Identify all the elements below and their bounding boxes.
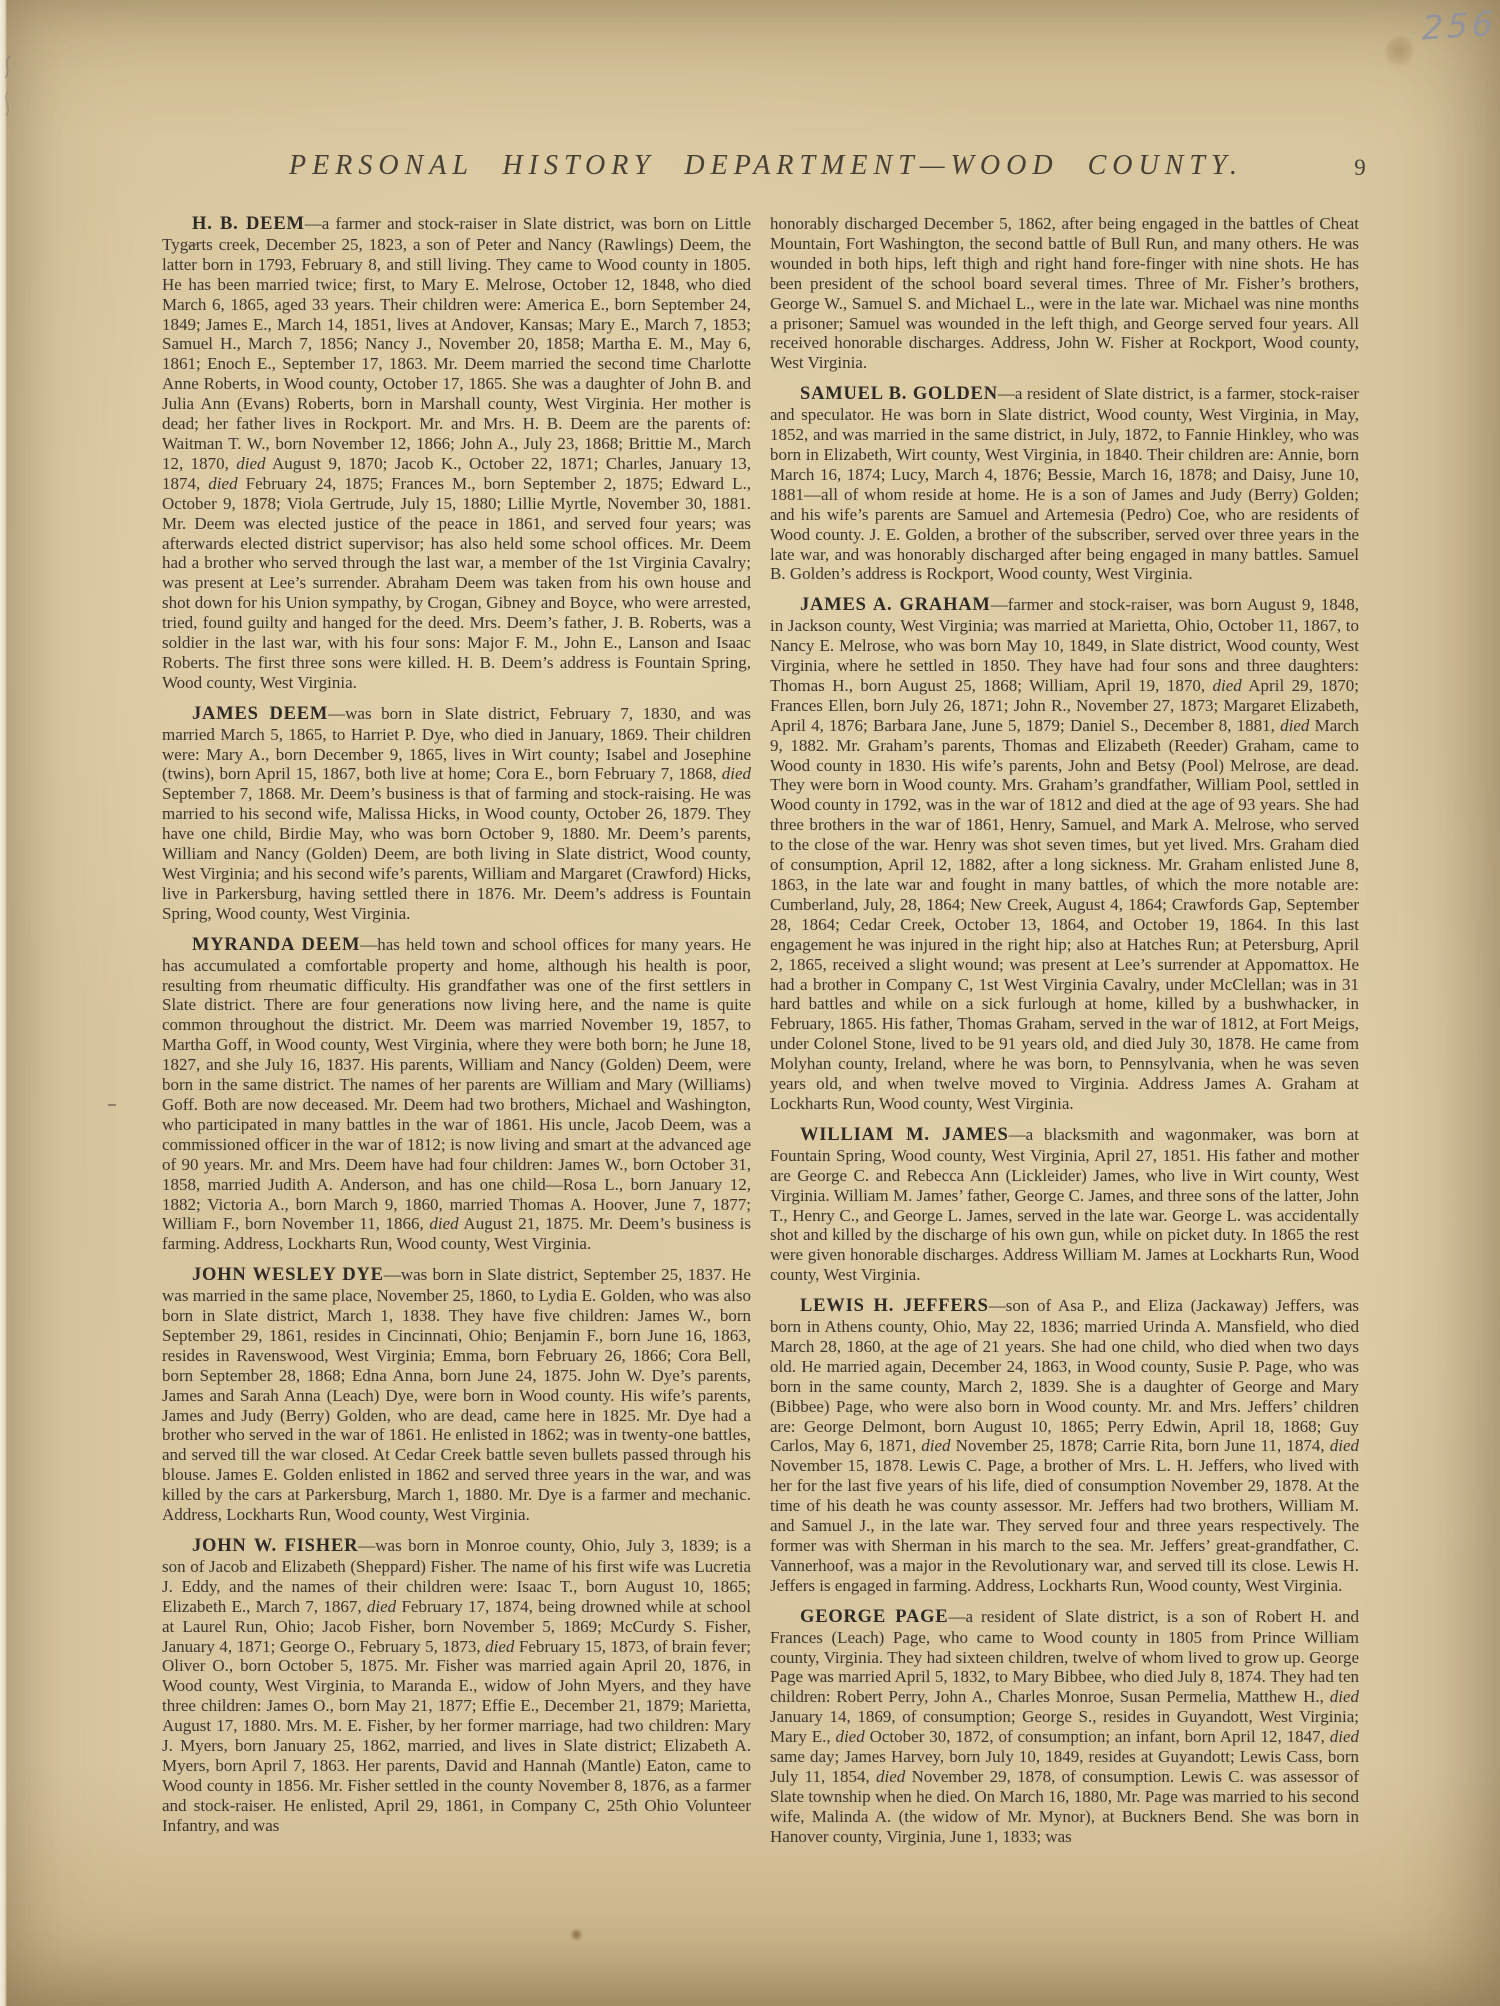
paper-stain bbox=[1385, 36, 1413, 68]
italic-died: died bbox=[236, 454, 265, 473]
right-column: honorably discharged December 5, 1862, a… bbox=[770, 214, 1359, 1858]
scan-edge bbox=[0, 0, 7, 2006]
bio-entry: JAMES DEEM—was born in Slate district, F… bbox=[162, 704, 751, 924]
italic-died: died bbox=[1330, 1727, 1359, 1746]
bio-entry: WILLIAM M. JAMES—a blacksmith and wagonm… bbox=[770, 1125, 1359, 1285]
entry-heading: GEORGE PAGE bbox=[800, 1607, 948, 1627]
italic-died: died bbox=[429, 1214, 458, 1233]
italic-died: died bbox=[485, 1637, 514, 1656]
bio-entry: MYRANDA DEEM—has held town and school of… bbox=[162, 935, 751, 1255]
page-title: PERSONAL HISTORY DEPARTMENT—WOOD COUNTY. bbox=[160, 150, 1372, 182]
entry-heading: WILLIAM M. JAMES bbox=[800, 1125, 1009, 1145]
handwritten-folio: 256 bbox=[1421, 3, 1497, 47]
italic-died: died bbox=[921, 1436, 950, 1455]
entry-heading: JOHN WESLEY DYE bbox=[192, 1265, 384, 1285]
bio-entry: JOHN WESLEY DYE—was born in Slate distri… bbox=[162, 1265, 751, 1525]
italic-died: died bbox=[1280, 716, 1309, 735]
italic-died: died bbox=[367, 1597, 396, 1616]
paper-speck bbox=[572, 1930, 581, 1939]
bio-entry: JOHN W. FISHER—was born in Monroe county… bbox=[162, 1536, 751, 1836]
margin-mark bbox=[108, 1104, 116, 1106]
bio-entry: JAMES A. GRAHAM—farmer and stock-raiser,… bbox=[770, 595, 1359, 1114]
book-page: 256 PERSONAL HISTORY DEPARTMENT—WOOD COU… bbox=[0, 0, 1500, 2006]
italic-died: died bbox=[1330, 1687, 1359, 1706]
entry-heading: LEWIS H. JEFFERS bbox=[800, 1296, 989, 1316]
italic-died: died bbox=[722, 764, 751, 783]
entry-heading: H. B. DEEM bbox=[192, 214, 305, 234]
bio-entry: SAMUEL B. GOLDEN—a resident of Slate dis… bbox=[770, 384, 1359, 584]
page-number: 9 bbox=[1340, 155, 1380, 181]
pencil-mark bbox=[0, 52, 16, 122]
left-column: H. B. DEEM—a farmer and stock-raiser in … bbox=[162, 214, 751, 1847]
bio-entry: LEWIS H. JEFFERS—son of Asa P., and Eliz… bbox=[770, 1296, 1359, 1596]
entry-heading: SAMUEL B. GOLDEN bbox=[800, 384, 998, 404]
bio-entry: H. B. DEEM—a farmer and stock-raiser in … bbox=[162, 214, 751, 693]
italic-died: died bbox=[835, 1727, 864, 1746]
italic-died: died bbox=[1213, 676, 1242, 695]
entry-heading: JAMES A. GRAHAM bbox=[800, 595, 991, 615]
entry-heading: JOHN W. FISHER bbox=[192, 1536, 358, 1556]
bio-entry-continuation: honorably discharged December 5, 1862, a… bbox=[770, 214, 1359, 373]
entry-heading: JAMES DEEM bbox=[192, 704, 328, 724]
entry-heading: MYRANDA DEEM bbox=[192, 935, 360, 955]
bio-entry: GEORGE PAGE—a resident of Slate district… bbox=[770, 1607, 1359, 1847]
italic-died: died bbox=[876, 1767, 905, 1786]
italic-died: died bbox=[1330, 1436, 1359, 1455]
italic-died: died bbox=[208, 474, 237, 493]
